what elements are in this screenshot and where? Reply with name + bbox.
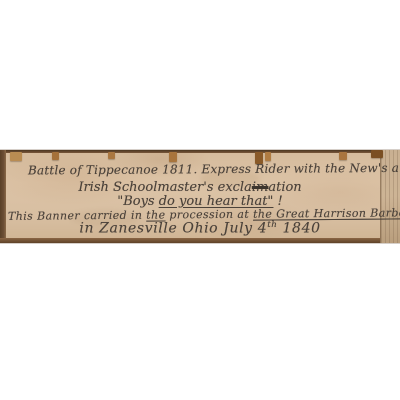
line4-underlined-barbecue: the Great Harrison Barbecue [253,206,400,221]
inscription-line-1-text: Battle of Tippecanoe 1811. Express Rider… [28,161,400,178]
tape-remnant [10,152,22,161]
inscription-line-1: Battle of Tippecanoe 1811. Express Rider… [28,161,400,178]
tape-remnant [265,152,271,161]
photo-canvas: Battle of Tippecanoe 1811. Express Rider… [0,0,400,400]
line5-pre: in Zanesville Ohio July 4 [79,221,267,237]
inscription-line-5: in Zanesville Ohio July 4th 1840 [60,220,340,237]
frame-bottom-edge [0,238,400,243]
line5-ordinal-sup: th [267,220,277,230]
tape-remnant [169,152,177,162]
tape-remnant [52,152,59,160]
line5-post: 1840 [278,221,321,237]
tape-remnant [108,152,115,159]
line2-post: ation [268,180,301,195]
line2-pre: Irish Schoolmaster's excla [78,180,252,195]
banner-fragment: Battle of Tippecanoe 1811. Express Rider… [0,150,400,243]
inscription-line-2: Irish Schoolmaster's exclaimation [40,180,340,195]
line2-struck-letters: im [252,180,269,195]
frame-left-edge [0,150,6,243]
tape-remnant [371,150,383,158]
line3-pre: "Boys [117,194,159,209]
tape-remnant [339,152,347,160]
